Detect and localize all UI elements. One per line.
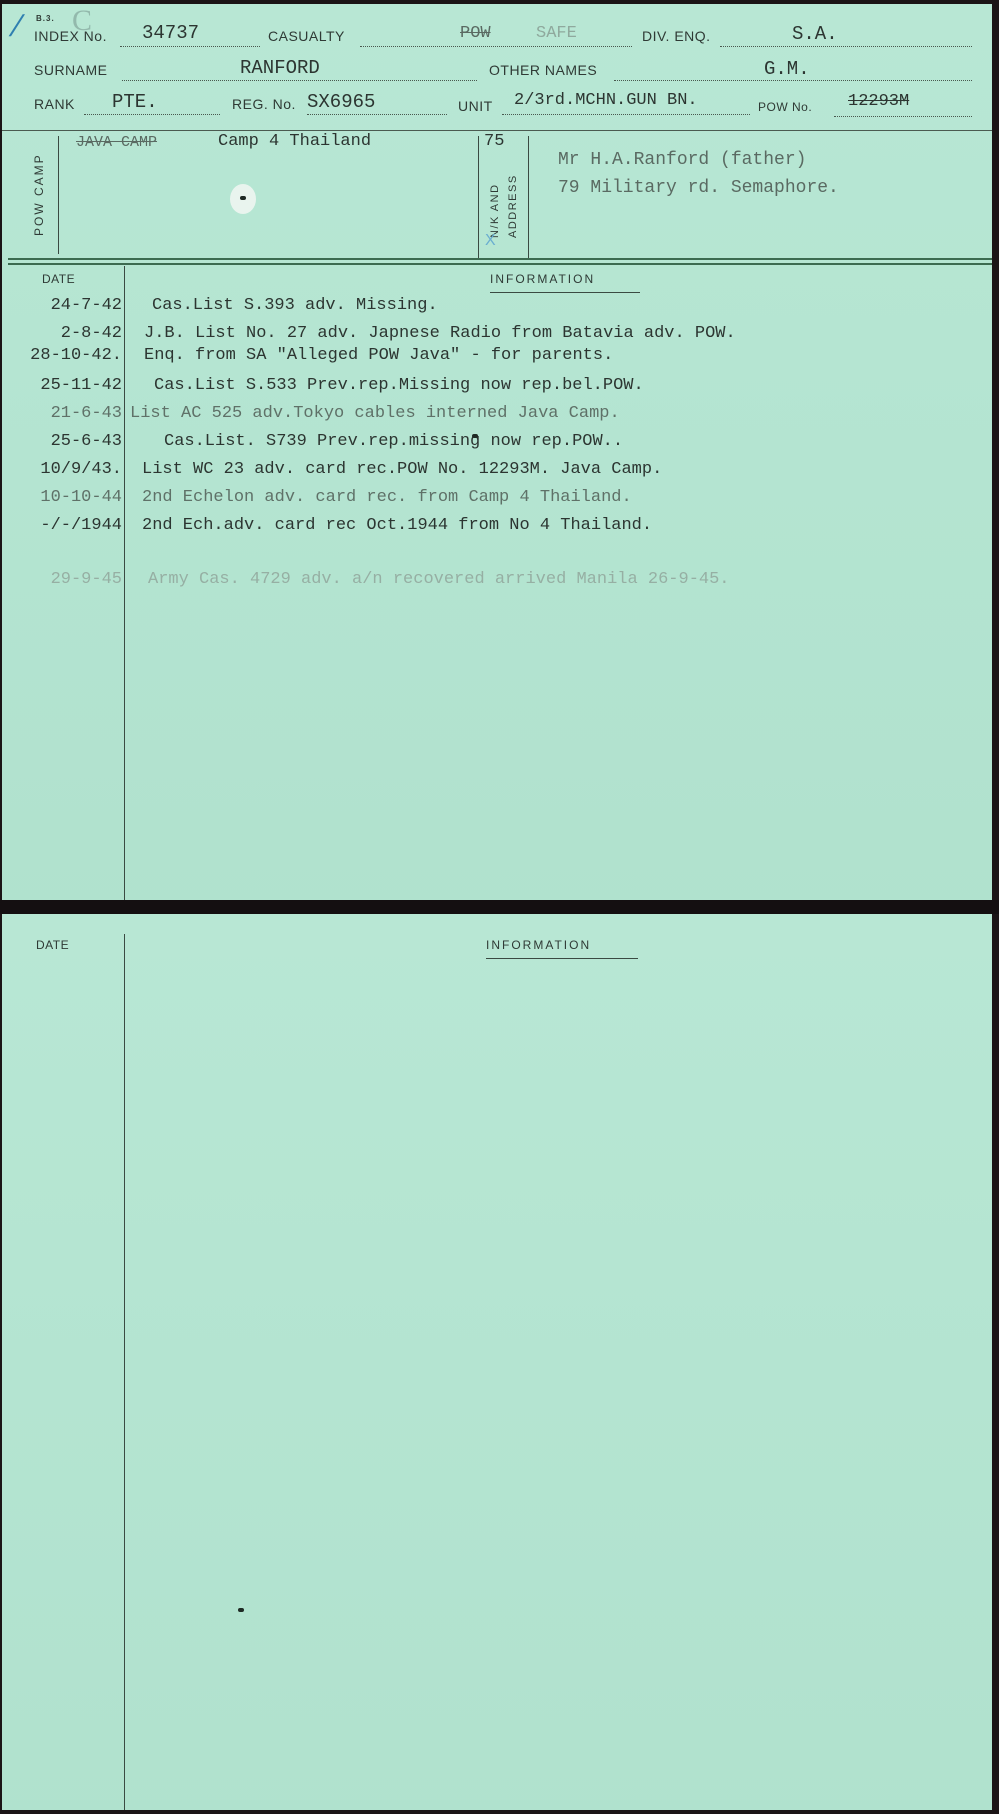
div-enq-label: DIV. ENQ. [642, 28, 711, 44]
nok-address-line2: 79 Military rd. Semaphore. [558, 178, 839, 198]
nok-label-line2: ADDRESS [506, 174, 520, 238]
entry-date: 25-6-43 [2, 432, 126, 451]
record-card-reverse: DATE INFORMATION [2, 914, 992, 1810]
casualty-value: SAFE [536, 24, 577, 43]
ink-speck [238, 1608, 244, 1612]
pow-camp-value-struck: JAVA CAMP [76, 134, 157, 151]
reverse-information-column-header: INFORMATION [486, 938, 591, 952]
pow-camp-value: Camp 4 Thailand [218, 132, 371, 151]
unit-label: UNIT [458, 98, 493, 114]
reg-no-label: REG. No. [232, 96, 296, 112]
pow-no-value: 12293M [848, 92, 909, 111]
card-separator [0, 900, 999, 914]
entry-date: 10-10-44 [2, 488, 126, 507]
nok-blue-mark: X [485, 232, 496, 250]
punch-hole [230, 184, 256, 214]
reg-no-value: SX6965 [307, 91, 375, 113]
entry-text: List AC 525 adv.Tokyo cables interned Ja… [130, 404, 620, 423]
index-no-label: INDEX No. [34, 28, 107, 44]
record-card-front: / C B.3. INDEX No. 34737 CASUALTY POW SA… [2, 4, 992, 900]
entry-date: 29-9-45 [2, 570, 126, 589]
entry-date: 2-8-42 [2, 324, 126, 343]
entry-text: Cas.List. S739 Prev.rep.missing now rep.… [164, 432, 623, 451]
nok-label-line1: N/K AND [488, 183, 502, 238]
form-code: B.3. [36, 14, 55, 23]
index-no-value: 34737 [142, 22, 199, 44]
rank-label: RANK [34, 96, 75, 112]
entry-date: 25-11-42 [2, 376, 126, 395]
rank-value: PTE. [112, 91, 158, 113]
reverse-date-column-header: DATE [36, 938, 69, 952]
entry-text: 2nd Echelon adv. card rec. from Camp 4 T… [142, 488, 632, 507]
entry-text: 2nd Ech.adv. card rec Oct.1944 from No 4… [142, 516, 652, 535]
unit-value: 2/3rd.MCHN.GUN BN. [514, 91, 698, 110]
surname-value: RANFORD [240, 57, 320, 79]
entry-text: Enq. from SA "Alleged POW Java" - for pa… [144, 346, 613, 365]
pow-camp-label: POW CAMP [32, 153, 46, 236]
pow-no-label: POW No. [758, 100, 812, 114]
nok-address-line1: Mr H.A.Ranford (father) [558, 150, 806, 170]
entry-date: 24-7-42 [2, 296, 126, 315]
entry-date: 10/9/43. [2, 460, 126, 479]
casualty-value-struck: POW [460, 24, 491, 43]
entry-text: Cas.List S.533 Prev.rep.Missing now rep.… [154, 376, 644, 395]
entry-date: 21-6-43 [2, 404, 126, 423]
entry-date: 28-10-42. [2, 346, 126, 365]
information-column-header: INFORMATION [490, 272, 595, 286]
entry-text: J.B. List No. 27 adv. Japnese Radio from… [144, 324, 736, 343]
other-names-value: G.M. [764, 58, 810, 80]
entry-text: Army Cas. 4729 adv. a/n recovered arrive… [148, 570, 730, 589]
div-enq-value: S.A. [792, 23, 838, 45]
entry-date: -/-/1944 [2, 516, 126, 535]
date-column-header: DATE [42, 272, 75, 286]
surname-label: SURNAME [34, 62, 108, 78]
entry-text: List WC 23 adv. card rec.POW No. 12293M.… [142, 460, 662, 479]
pencil-slash-mark: / [6, 10, 27, 44]
entry-text: Cas.List S.393 adv. Missing. [152, 296, 438, 315]
other-names-label: OTHER NAMES [489, 62, 597, 78]
casualty-label: CASUALTY [268, 28, 345, 44]
nok-number: 75 [484, 132, 504, 151]
